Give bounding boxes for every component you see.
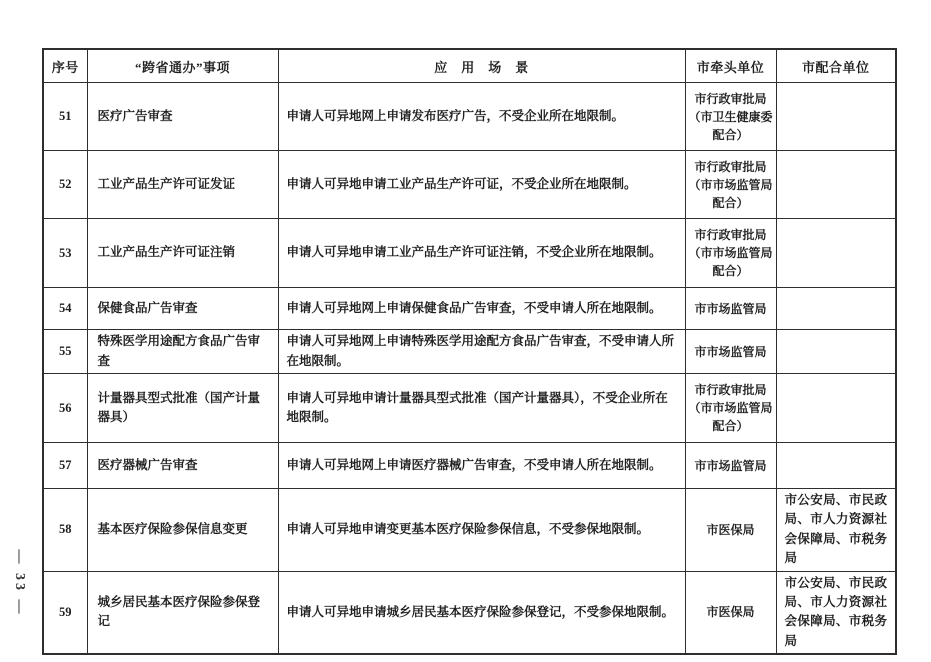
cell-application-scenario: 申请人可异地网上申请发布医疗广告，不受企业所在地限制。 xyxy=(278,83,685,151)
cell-service-item: 计量器具型式批准（国产计量器具） xyxy=(87,374,278,443)
column-header-no: 序号 xyxy=(43,49,87,83)
cross-province-services-table: 序号 “跨省通办”事项 应 用 场 景 市牵头单位 市配合单位 51医疗广告审查… xyxy=(42,48,897,655)
table-row: 51医疗广告审查申请人可异地网上申请发布医疗广告，不受企业所在地限制。市行政审批… xyxy=(43,83,896,151)
table-row: 57医疗器械广告审查申请人可异地网上申请医疗器械广告审查，不受申请人所在地限制。… xyxy=(43,443,896,489)
cell-lead-unit: 市行政审批局 （市市场监管局 配合） xyxy=(685,219,776,288)
cell-service-item: 基本医疗保险参保信息变更 xyxy=(87,489,278,572)
cell-service-item: 保健食品广告审查 xyxy=(87,288,278,330)
cell-service-item: 特殊医学用途配方食品广告审查 xyxy=(87,330,278,374)
table-row: 58基本医疗保险参保信息变更申请人可异地申请变更基本医疗保险参保信息，不受参保地… xyxy=(43,489,896,572)
cell-support-unit xyxy=(776,288,896,330)
table-row: 56计量器具型式批准（国产计量器具）申请人可异地申请计量器具型式批准（国产计量器… xyxy=(43,374,896,443)
cell-lead-unit: 市医保局 xyxy=(685,489,776,572)
cell-support-unit: 市公安局、市民政局、市人力资源社会保障局、市税务局 xyxy=(776,571,896,654)
cell-serial-number: 56 xyxy=(43,374,87,443)
document-page: — 33 — 序号 “跨省通办”事项 应 用 场 景 市牵头单位 市配合单位 5… xyxy=(0,0,931,662)
cell-lead-unit: 市行政审批局 （市市场监管局 配合） xyxy=(685,374,776,443)
cell-support-unit xyxy=(776,374,896,443)
page-number: — 33 — xyxy=(9,538,29,628)
table-row: 54保健食品广告审查申请人可异地网上申请保健食品广告审查，不受申请人所在地限制。… xyxy=(43,288,896,330)
cell-application-scenario: 申请人可异地网上申请保健食品广告审查，不受申请人所在地限制。 xyxy=(278,288,685,330)
table-body: 51医疗广告审查申请人可异地网上申请发布医疗广告，不受企业所在地限制。市行政审批… xyxy=(43,83,896,655)
cell-serial-number: 59 xyxy=(43,571,87,654)
cell-application-scenario: 申请人可异地申请城乡居民基本医疗保险参保登记，不受参保地限制。 xyxy=(278,571,685,654)
cell-lead-unit: 市行政审批局 （市市场监管局 配合） xyxy=(685,151,776,219)
cell-lead-unit: 市市场监管局 xyxy=(685,443,776,489)
cell-application-scenario: 申请人可异地申请变更基本医疗保险参保信息，不受参保地限制。 xyxy=(278,489,685,572)
cell-support-unit xyxy=(776,83,896,151)
cell-service-item: 工业产品生产许可证发证 xyxy=(87,151,278,219)
column-header-lead-unit: 市牵头单位 xyxy=(685,49,776,83)
table-row: 59城乡居民基本医疗保险参保登记申请人可异地申请城乡居民基本医疗保险参保登记，不… xyxy=(43,571,896,654)
cell-support-unit xyxy=(776,443,896,489)
cell-service-item: 城乡居民基本医疗保险参保登记 xyxy=(87,571,278,654)
cell-service-item: 工业产品生产许可证注销 xyxy=(87,219,278,288)
table-row: 53工业产品生产许可证注销申请人可异地申请工业产品生产许可证注销，不受企业所在地… xyxy=(43,219,896,288)
table-row: 52工业产品生产许可证发证申请人可异地申请工业产品生产许可证，不受企业所在地限制… xyxy=(43,151,896,219)
table-row: 55特殊医学用途配方食品广告审查申请人可异地网上申请特殊医学用途配方食品广告审查… xyxy=(43,330,896,374)
column-header-scenario: 应 用 场 景 xyxy=(278,49,685,83)
cell-serial-number: 53 xyxy=(43,219,87,288)
column-header-support-unit: 市配合单位 xyxy=(776,49,896,83)
column-header-item: “跨省通办”事项 xyxy=(87,49,278,83)
cell-support-unit xyxy=(776,219,896,288)
cell-support-unit: 市公安局、市民政局、市人力资源社会保障局、市税务局 xyxy=(776,489,896,572)
cell-lead-unit: 市医保局 xyxy=(685,571,776,654)
cell-lead-unit: 市市场监管局 xyxy=(685,288,776,330)
cell-serial-number: 54 xyxy=(43,288,87,330)
cell-serial-number: 52 xyxy=(43,151,87,219)
cell-serial-number: 58 xyxy=(43,489,87,572)
cell-support-unit xyxy=(776,330,896,374)
cell-lead-unit: 市市场监管局 xyxy=(685,330,776,374)
cell-serial-number: 51 xyxy=(43,83,87,151)
cell-application-scenario: 申请人可异地申请工业产品生产许可证，不受企业所在地限制。 xyxy=(278,151,685,219)
cell-application-scenario: 申请人可异地申请工业产品生产许可证注销，不受企业所在地限制。 xyxy=(278,219,685,288)
cell-lead-unit: 市行政审批局 （市卫生健康委 配合） xyxy=(685,83,776,151)
cell-service-item: 医疗器械广告审查 xyxy=(87,443,278,489)
cell-serial-number: 55 xyxy=(43,330,87,374)
cell-support-unit xyxy=(776,151,896,219)
cell-serial-number: 57 xyxy=(43,443,87,489)
cell-application-scenario: 申请人可异地申请计量器具型式批准（国产计量器具），不受企业所在地限制。 xyxy=(278,374,685,443)
cell-application-scenario: 申请人可异地网上申请特殊医学用途配方食品广告审查，不受申请人所在地限制。 xyxy=(278,330,685,374)
cell-application-scenario: 申请人可异地网上申请医疗器械广告审查，不受申请人所在地限制。 xyxy=(278,443,685,489)
cell-service-item: 医疗广告审查 xyxy=(87,83,278,151)
table-header-row: 序号 “跨省通办”事项 应 用 场 景 市牵头单位 市配合单位 xyxy=(43,49,896,83)
